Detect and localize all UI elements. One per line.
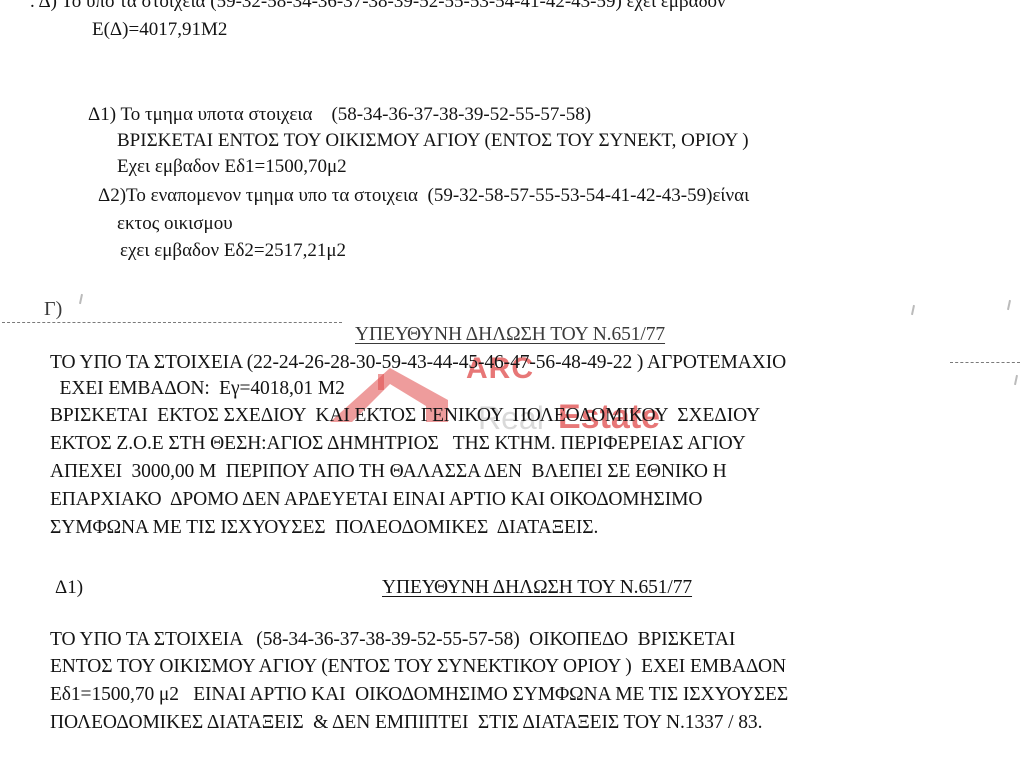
scan-speck	[79, 294, 83, 304]
declaration-2-title: ΥΠΕΥΘΥΝΗ ΔΗΛΩΣΗ ΤΟΥ Ν.651/77	[382, 577, 692, 599]
section-delta-header: . Δ) Το υπο τα στοιχεια (59-32-58-34-36-…	[30, 0, 726, 13]
declaration-1-line: ΕΧΕΙ ΕΜΒΑΔΟΝ: Εγ=4018,01 Μ2	[50, 378, 345, 400]
declaration-1-line: ΕΠΑΡΧΙΑΚΟ ΔΡΟΜΟ ΔΕΝ ΑΡΔΕΥΕΤΑΙ ΕΙΝΑΙ ΑΡΤΙ…	[50, 489, 702, 511]
section-d2-line3: εχει εμβαδον Εδ2=2517,21μ2	[120, 240, 346, 262]
scan-speck	[1014, 375, 1018, 385]
scan-speck	[1007, 300, 1011, 310]
declaration-2-line: Εδ1=1500,70 μ2 ΕΙΝΑΙ ΑΡΤΙΟ ΚΑΙ ΟΙΚΟΔΟΜΗΣ…	[50, 684, 788, 706]
scan-speck	[911, 305, 915, 315]
declaration-1-margin-mark: Γ)	[44, 298, 62, 320]
declaration-1-title: ΥΠΕΥΘΥΝΗ ΔΗΛΩΣΗ ΤΟΥ Ν.651/77	[355, 324, 665, 346]
declaration-2-line: ΕΝΤΟΣ ΤΟΥ ΟΙΚΙΣΜΟΥ ΑΓΙΟΥ (ΕΝΤΟΣ ΤΟΥ ΣΥΝΕ…	[50, 656, 786, 678]
section-d2-line1: Δ2)Το εναπομενον τμημα υπο τα στοιχεια (…	[98, 185, 749, 207]
section-delta-area: Ε(Δ)=4017,91Μ2	[92, 19, 227, 41]
declaration-1-line: ΣΥΜΦΩΝΑ ΜΕ ΤΙΣ ΙΣΧΥΟΥΣΕΣ ΠΟΛΕΟΔΟΜΙΚΕΣ ΔΙ…	[50, 517, 598, 539]
section-d1-line1: Δ1) Το τμημα υποτα στοιχεια (58-34-36-37…	[88, 104, 591, 126]
declaration-2-label: Δ1)	[55, 577, 83, 599]
declaration-1-line: ΕΚΤΟΣ Ζ.Ο.Ε ΣΤΗ ΘΕΣΗ:ΑΓΙΟΣ ΔΗΜΗΤΡΙΟΣ ΤΗΣ…	[50, 433, 746, 455]
section-d2-line2: εκτος οικισμου	[117, 213, 233, 235]
declaration-1-line: ΑΠΕΧΕΙ 3000,00 Μ ΠΕΡΙΠΟΥ ΑΠΟ ΤΗ ΘΑΛΑΣΣΑ …	[50, 461, 727, 483]
declaration-1-line: ΤΟ ΥΠΟ ΤΑ ΣΤΟΙΧΕΙΑ (22-24-26-28-30-59-43…	[50, 352, 786, 374]
section-d1-line3: Εχει εμβαδον Εδ1=1500,70μ2	[117, 156, 347, 178]
declaration-1-line: ΒΡΙΣΚΕΤΑΙ ΕΚΤΟΣ ΣΧΕΔΙΟΥ ΚΑΙ ΕΚΤΟΣ ΓΕΝΙΚΟ…	[50, 405, 760, 427]
section-d1-line2: ΒΡΙΣΚΕΤΑΙ ΕΝΤΟΣ ΤΟΥ ΟΙΚΙΣΜΟΥ ΑΓΙΟΥ (ΕΝΤΟ…	[117, 130, 749, 152]
scan-artifact-dashes-right	[950, 362, 1020, 363]
declaration-2-line: ΤΟ ΥΠΟ ΤΑ ΣΤΟΙΧΕΙΑ (58-34-36-37-38-39-52…	[50, 629, 735, 651]
declaration-2-line: ΠΟΛΕΟΔΟΜΙΚΕΣ ΔΙΑΤΑΞΕΙΣ & ΔΕΝ ΕΜΠΙΠΤΕΙ ΣΤ…	[50, 712, 762, 734]
scan-artifact-dashes	[2, 322, 342, 323]
